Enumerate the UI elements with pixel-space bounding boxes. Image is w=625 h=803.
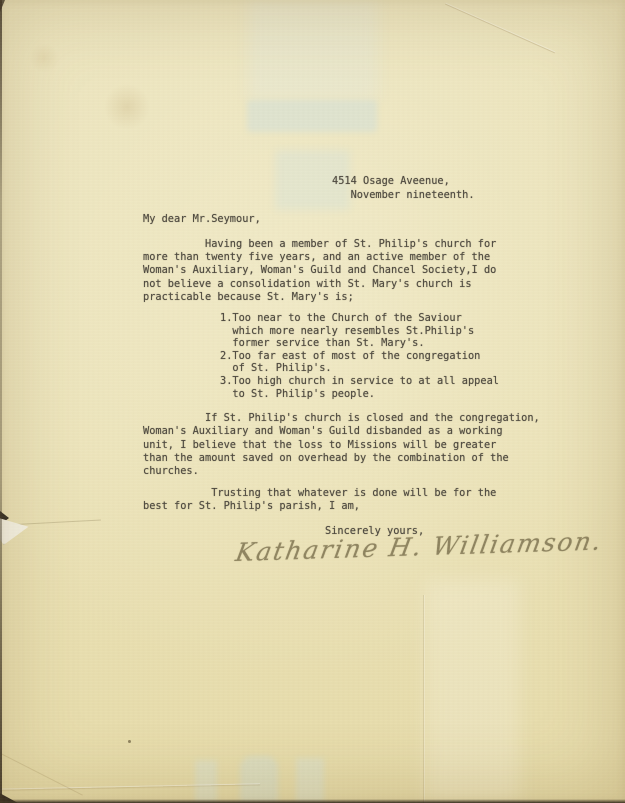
ink-speck [128, 740, 131, 743]
scanned-letter-page: 4514 Osage Aveenue, November nineteenth.… [0, 0, 625, 803]
scan-edge-left [0, 0, 2, 803]
paragraph-3: Trusting that whatever is done will be f… [143, 487, 496, 512]
paper-stain-2 [28, 44, 60, 72]
paragraph-2: If St. Philip's church is closed and the… [143, 412, 540, 478]
date-line: November nineteenth. [332, 189, 475, 201]
paper-background [0, 0, 625, 803]
paragraph-1: Having been a member of St. Philip's chu… [143, 238, 496, 304]
address-line: 4514 Osage Aveenue, [332, 175, 450, 187]
paper-stain-1 [103, 84, 151, 130]
salutation: My dear Mr.Seymour, [143, 213, 261, 226]
numbered-list: 1.Too near to the Church of the Saviour … [220, 312, 499, 400]
scan-edge-bottom [0, 799, 625, 803]
letter-heading: 4514 Osage Aveenue, November nineteenth. [332, 175, 475, 202]
